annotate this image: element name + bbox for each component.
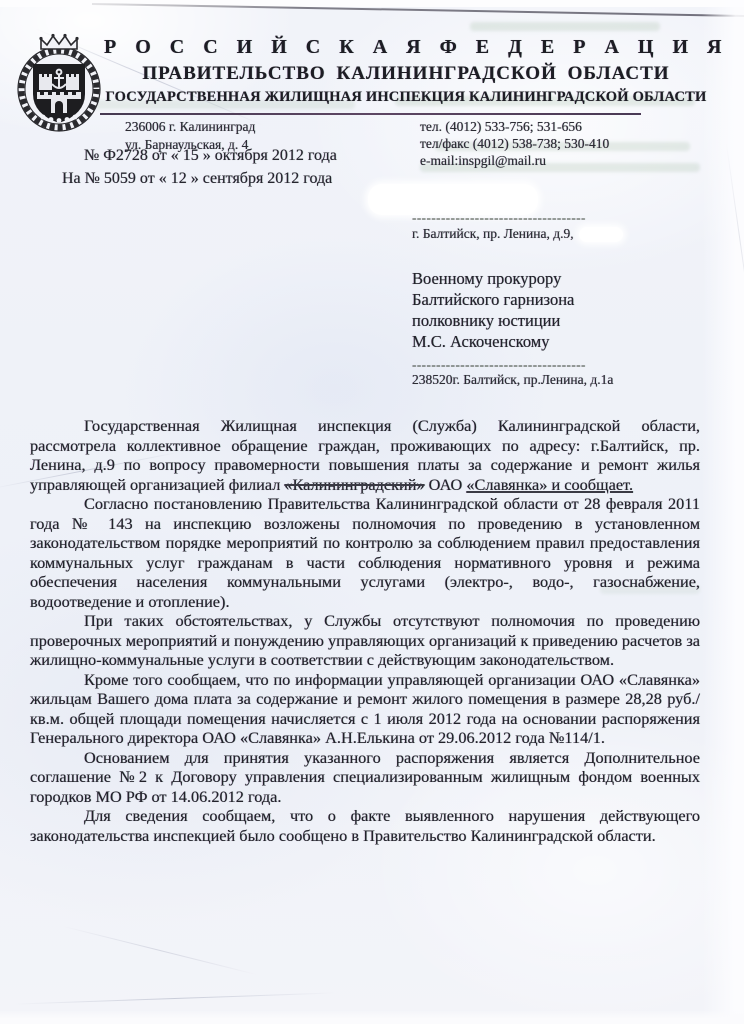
- bleed-through-artifact: [470, 22, 660, 31]
- whiteout-correction: [368, 184, 538, 215]
- sender-street-address-text: г. Балтийск, пр. Ленина, д.9,: [412, 226, 574, 241]
- recipient-line: Балтийского гарнизона: [412, 289, 642, 310]
- recipient-line: М.С. Аскоченскому: [412, 331, 642, 352]
- paragraph1-mid: ОАО: [425, 475, 467, 494]
- sender-street-address: г. Балтийск, пр. Ленина, д.9,: [412, 226, 642, 242]
- recipient-line: Военному прокурору: [412, 268, 642, 289]
- sender-contacts: тел. (4012) 533-756; 531-656 тел/факс (4…: [420, 118, 609, 169]
- whiteout-correction: [579, 227, 623, 242]
- outgoing-reference: № Ф2728 от « 15 » октября 2012 года: [84, 147, 337, 165]
- letterhead-divider-rule: [100, 113, 641, 115]
- recipient-line: полковнику юстиции: [412, 310, 642, 331]
- addressee-block: ------------------------------------ г. …: [412, 212, 642, 388]
- page-bottom-edge: [0, 1011, 744, 1024]
- country-name: Р О С С И Й С К А Я Ф Е Д Е Р А Ц И Я: [104, 36, 708, 59]
- agency-name: ГОСУДАРСТВЕННАЯ ЖИЛИЩНАЯ ИНСПЕКЦИЯ КАЛИН…: [104, 89, 708, 106]
- paper-crease: [15, 992, 335, 1004]
- body-paragraph: При таких обстоятельствах, у Службы отсу…: [30, 611, 700, 670]
- body-paragraph: Согласно постановлению Правительства Кал…: [30, 494, 700, 611]
- incoming-reference: На № 5059 от « 12 » сентября 2012 года: [62, 170, 332, 188]
- contact-email: e-mail:inspgil@mail.ru: [420, 152, 609, 169]
- body-paragraph: Для сведения сообщаем, что о факте выявл…: [30, 806, 700, 845]
- page-right-edge: [702, 0, 744, 1024]
- dashed-divider: ------------------------------------: [412, 359, 597, 370]
- body-paragraph: Кроме того сообщаем, что по информации у…: [30, 670, 700, 748]
- body-paragraph: Основанием для принятия указанного распо…: [30, 748, 700, 807]
- paragraph1-underlined-text: «Славянка» и сообщает.: [466, 475, 633, 494]
- recipient-postal-address: 238520г. Балтийск, пр.Ленина, д.1а: [412, 372, 642, 388]
- contact-fax: тел/факс (4012) 538-738; 530-410: [420, 135, 609, 152]
- government-name: ПРАВИТЕЛЬСТВО КАЛИНИНГРАДСКОЙ ОБЛАСТИ: [104, 63, 708, 85]
- contact-phone: тел. (4012) 533-756; 531-656: [420, 118, 609, 135]
- coat-of-arms-emblem: [12, 32, 106, 134]
- sender-address-line: 236006 г. Калининград: [125, 118, 255, 136]
- paragraph1-strikethrough-text: «Калининградский»: [284, 475, 424, 494]
- dashed-divider: ------------------------------------: [412, 212, 597, 223]
- body-paragraph: Государственная Жилищная инспекция (Служ…: [30, 416, 700, 494]
- letter-body: Государственная Жилищная инспекция (Служ…: [30, 416, 700, 845]
- paper-crease: [63, 926, 257, 975]
- scanned-letter-page: Р О С С И Й С К А Я Ф Е Д Е Р А Ц И Я ПР…: [0, 0, 744, 1024]
- letterhead: Р О С С И Й С К А Я Ф Е Д Е Р А Ц И Я ПР…: [104, 36, 708, 106]
- recipient-block: Военному прокурору Балтийского гарнизона…: [412, 268, 642, 352]
